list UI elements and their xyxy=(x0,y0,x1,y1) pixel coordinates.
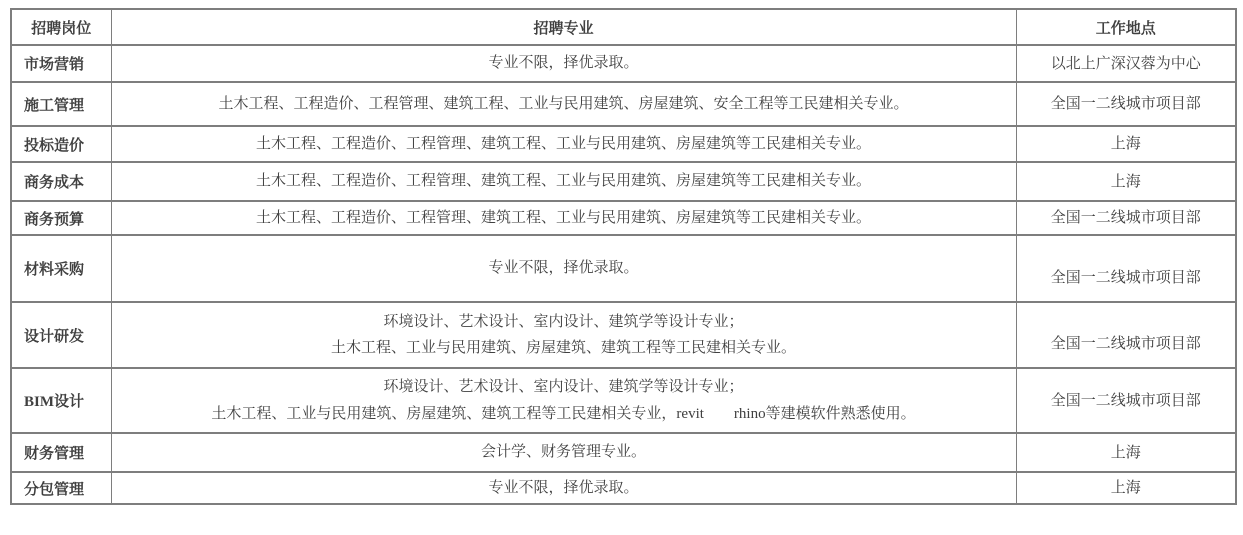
col-header-position: 招聘岗位 xyxy=(11,9,111,45)
position-cell: 商务预算 xyxy=(11,201,111,235)
location-cell: 上海 xyxy=(1016,472,1236,504)
location-cell: 上海 xyxy=(1016,433,1236,472)
location-cell: 上海 xyxy=(1016,162,1236,201)
major-cell: 会计学、财务管理专业。 xyxy=(111,433,1016,472)
major-cell: 专业不限，择优录取。 xyxy=(111,45,1016,82)
position-cell: 财务管理 xyxy=(11,433,111,472)
major-cell: 土木工程、工程造价、工程管理、建筑工程、工业与民用建筑、房屋建筑、安全工程等工民… xyxy=(111,82,1016,126)
major-cell: 环境设计、艺术设计、室内设计、建筑学等设计专业； 土木工程、工业与民用建筑、房屋… xyxy=(111,368,1016,433)
table-row: 投标造价 土木工程、工程造价、工程管理、建筑工程、工业与民用建筑、房屋建筑等工民… xyxy=(11,126,1236,162)
position-cell: 施工管理 xyxy=(11,82,111,126)
recruitment-table: 招聘岗位 招聘专业 工作地点 市场营销 专业不限，择优录取。 以北上广深汉蓉为中… xyxy=(10,8,1237,505)
table-row: 财务管理 会计学、财务管理专业。 上海 xyxy=(11,433,1236,472)
col-header-location: 工作地点 xyxy=(1016,9,1236,45)
location-cell: 以北上广深汉蓉为中心 xyxy=(1016,45,1236,82)
page: 招聘岗位 招聘专业 工作地点 市场营销 专业不限，择优录取。 以北上广深汉蓉为中… xyxy=(0,0,1243,535)
position-cell: BIM设计 xyxy=(11,368,111,433)
major-cell: 环境设计、艺术设计、室内设计、建筑学等设计专业； 土木工程、工业与民用建筑、房屋… xyxy=(111,302,1016,368)
table-row: 设计研发 环境设计、艺术设计、室内设计、建筑学等设计专业； 土木工程、工业与民用… xyxy=(11,302,1236,368)
header-row: 招聘岗位 招聘专业 工作地点 xyxy=(11,9,1236,45)
location-cell: 全国一二线城市项目部 xyxy=(1016,201,1236,235)
location-cell: 全国一二线城市项目部 xyxy=(1016,235,1236,302)
major-cell: 专业不限，择优录取。 xyxy=(111,472,1016,504)
major-cell: 土木工程、工程造价、工程管理、建筑工程、工业与民用建筑、房屋建筑等工民建相关专业… xyxy=(111,201,1016,235)
major-cell: 专业不限，择优录取。 xyxy=(111,235,1016,302)
table-row: 市场营销 专业不限，择优录取。 以北上广深汉蓉为中心 xyxy=(11,45,1236,82)
position-cell: 设计研发 xyxy=(11,302,111,368)
table-row: BIM设计 环境设计、艺术设计、室内设计、建筑学等设计专业； 土木工程、工业与民… xyxy=(11,368,1236,433)
position-cell: 投标造价 xyxy=(11,126,111,162)
position-cell: 市场营销 xyxy=(11,45,111,82)
col-header-major: 招聘专业 xyxy=(111,9,1016,45)
table-row: 商务成本 土木工程、工程造价、工程管理、建筑工程、工业与民用建筑、房屋建筑等工民… xyxy=(11,162,1236,201)
location-cell: 全国一二线城市项目部 xyxy=(1016,368,1236,433)
table-row: 分包管理 专业不限，择优录取。 上海 xyxy=(11,472,1236,504)
location-cell: 上海 xyxy=(1016,126,1236,162)
table-row: 商务预算 土木工程、工程造价、工程管理、建筑工程、工业与民用建筑、房屋建筑等工民… xyxy=(11,201,1236,235)
major-cell: 土木工程、工程造价、工程管理、建筑工程、工业与民用建筑、房屋建筑等工民建相关专业… xyxy=(111,126,1016,162)
table-row: 材料采购 专业不限，择优录取。 全国一二线城市项目部 xyxy=(11,235,1236,302)
table-row: 施工管理 土木工程、工程造价、工程管理、建筑工程、工业与民用建筑、房屋建筑、安全… xyxy=(11,82,1236,126)
position-cell: 分包管理 xyxy=(11,472,111,504)
major-cell: 土木工程、工程造价、工程管理、建筑工程、工业与民用建筑、房屋建筑等工民建相关专业… xyxy=(111,162,1016,201)
position-cell: 材料采购 xyxy=(11,235,111,302)
position-cell: 商务成本 xyxy=(11,162,111,201)
location-cell: 全国一二线城市项目部 xyxy=(1016,302,1236,368)
location-cell: 全国一二线城市项目部 xyxy=(1016,82,1236,126)
